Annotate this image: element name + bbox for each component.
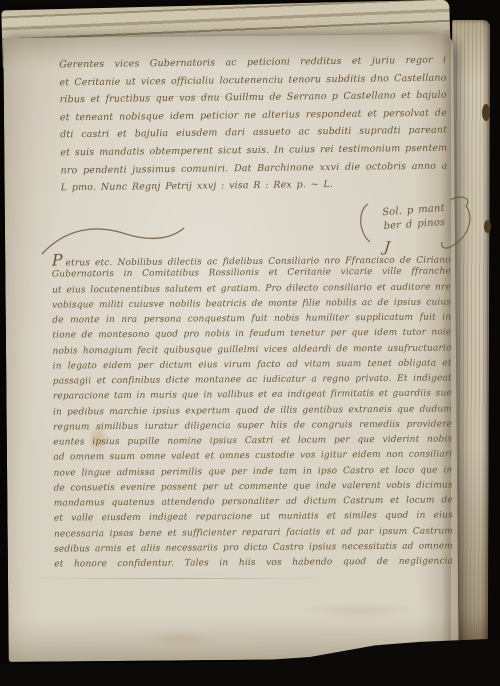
top-paragraph: Gerentes vices Gubernatoris ac peticioni… [59, 52, 448, 197]
manuscript-line: et honore confidentur. Tales in hiis vos… [54, 554, 453, 572]
manuscript-photo: Gerentes vices Gubernatoris ac peticioni… [0, 0, 500, 686]
stain [140, 630, 220, 646]
fore-edge-stain [484, 220, 491, 233]
lower-paragraph: Petrus etc. Nobilibus dilectis ac fideli… [52, 249, 454, 572]
fore-edge-stain [482, 104, 490, 121]
crease-line [28, 578, 328, 579]
stain [300, 602, 420, 620]
drop-initial: P [52, 250, 66, 267]
